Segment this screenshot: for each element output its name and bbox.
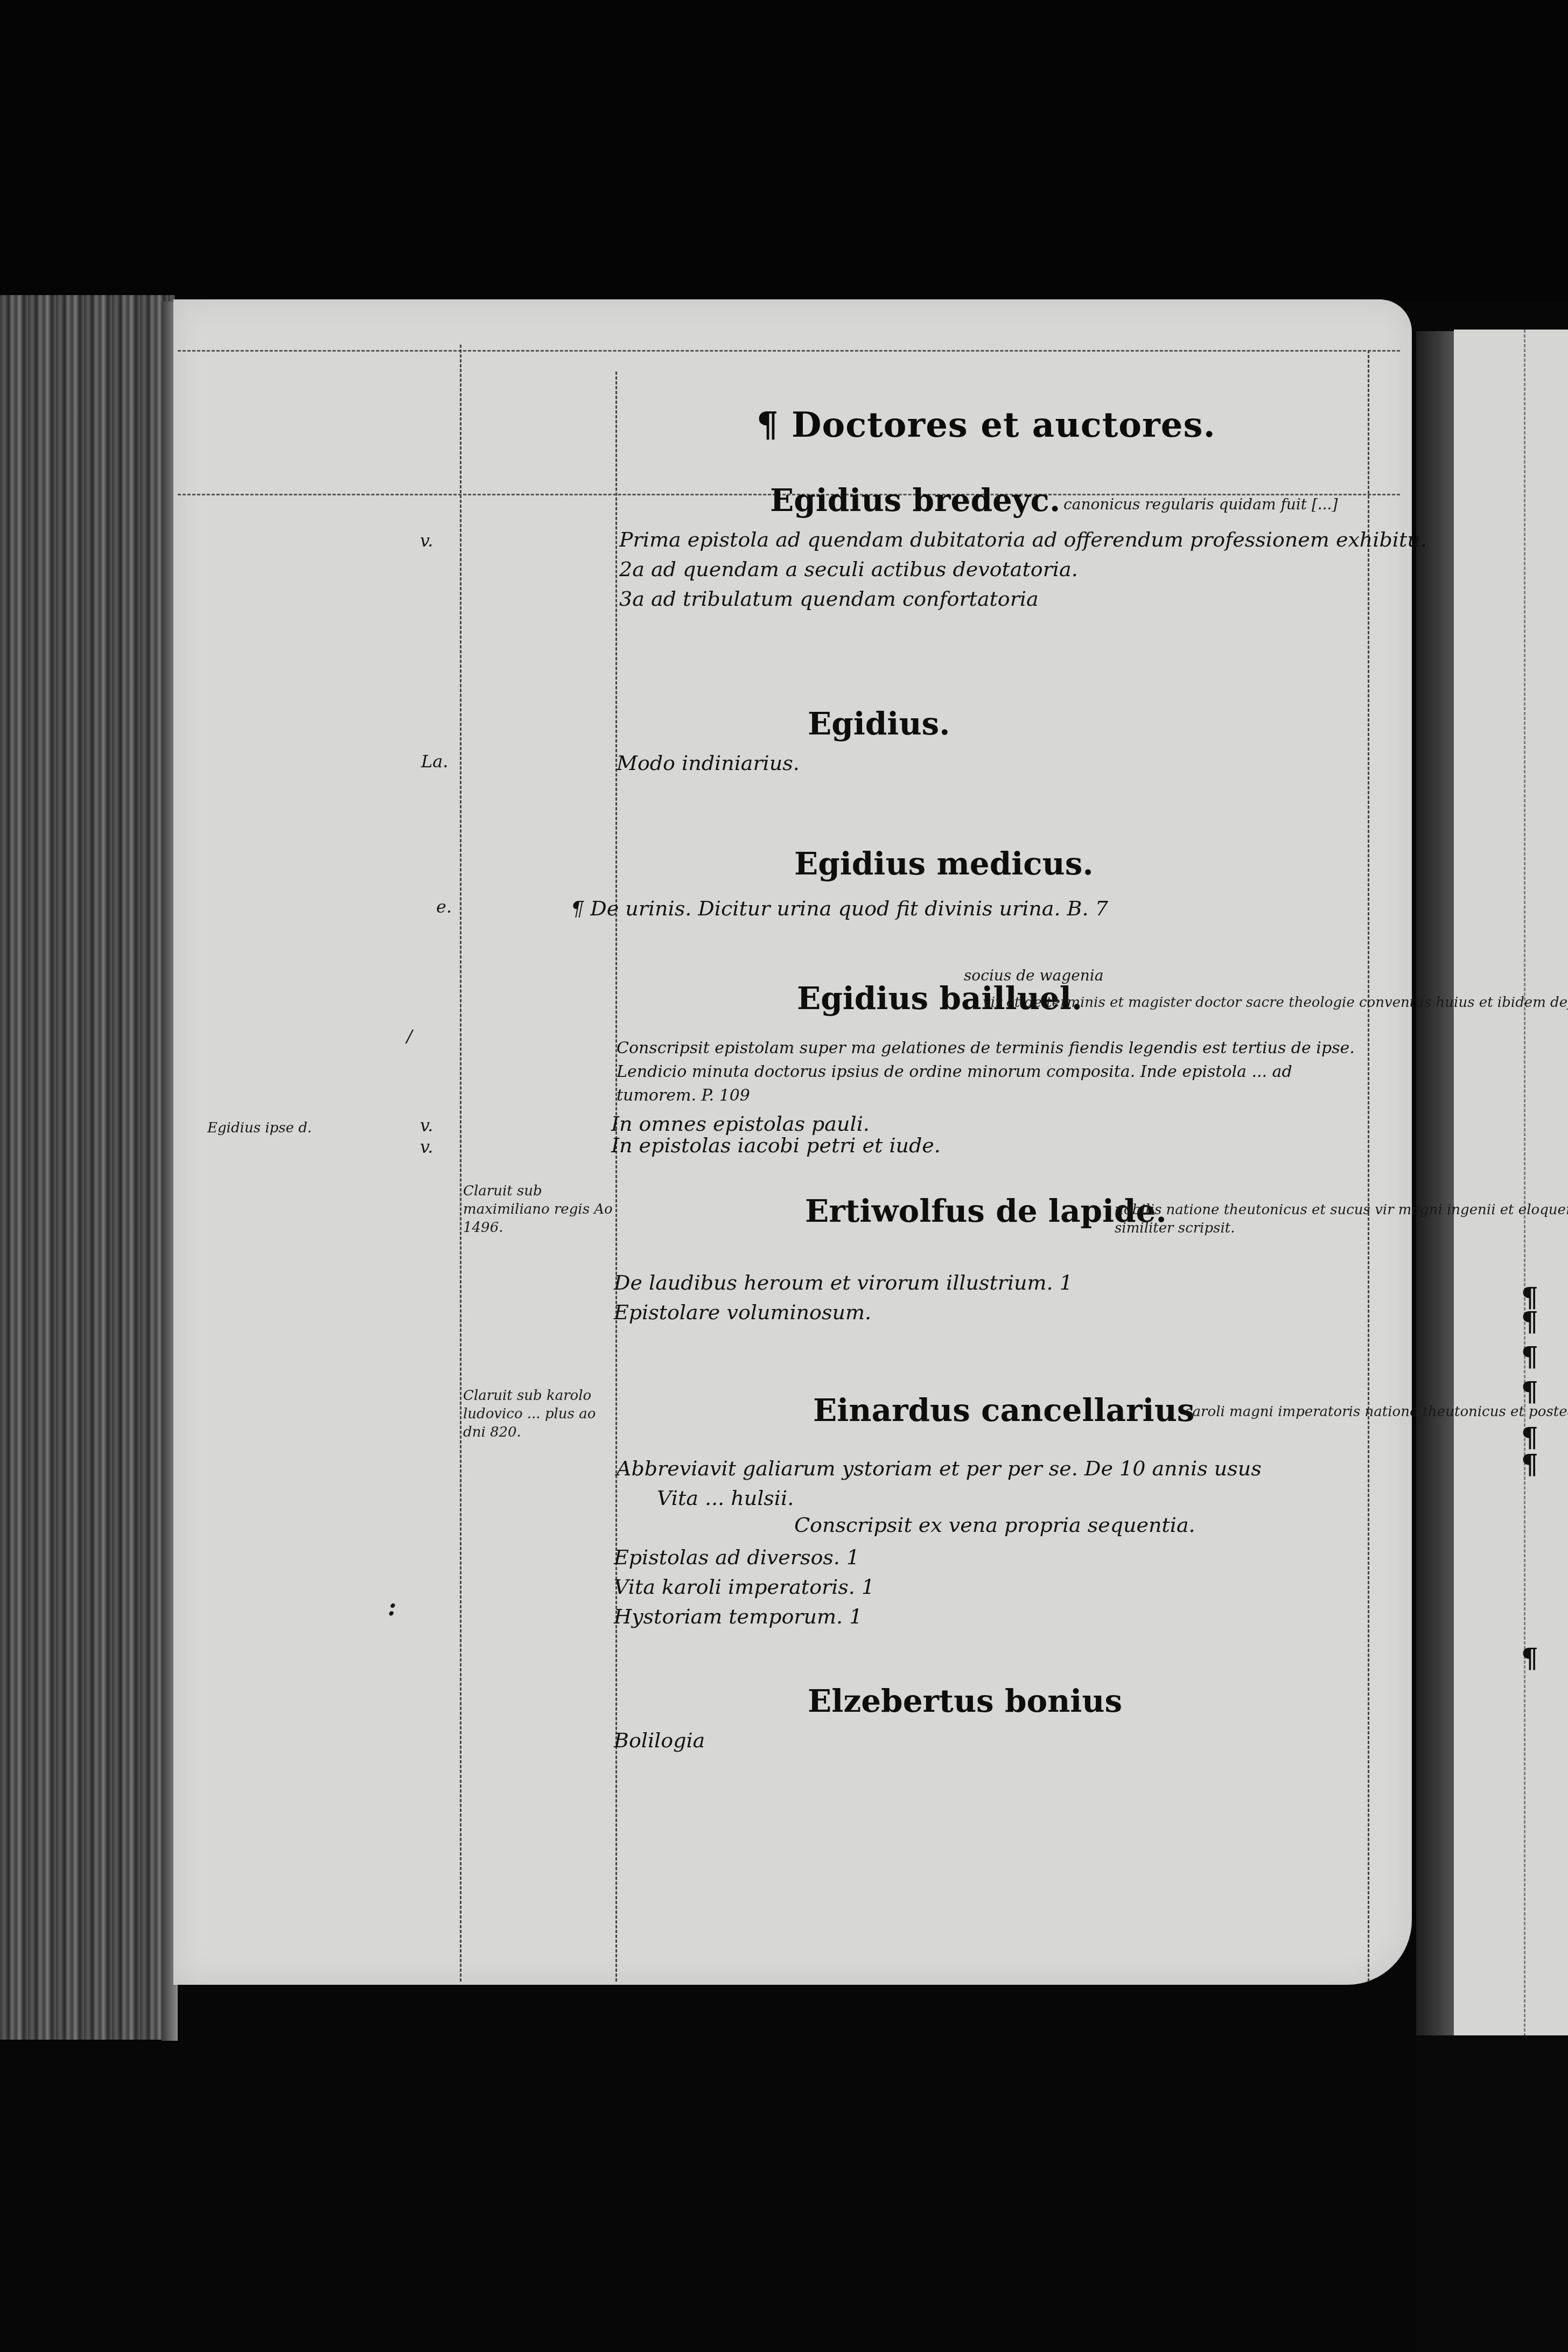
margin-siglum: La. [421, 751, 449, 772]
work-line: Conscripsit epistolam super ma gelatione… [617, 1037, 1365, 1108]
work-line: Epistolas ad diversos. 1 [614, 1545, 859, 1569]
photo-top-background [0, 0, 1568, 302]
margin-ruling-right [1368, 350, 1369, 1982]
author-note-text: vir et de terminis et magister doctor sa… [983, 995, 1568, 1011]
work-line: ¶ De urinis. Dicitur urina quod fit divi… [571, 897, 1108, 920]
facing-page-mark: ¶ [1521, 1376, 1538, 1408]
author-heading: Egidius bredeyc. [770, 482, 1060, 519]
margin-ruling-left [460, 345, 461, 1982]
author-note: vir et de terminis et magister doctor sa… [638, 993, 1568, 1012]
work-line: Modo indiniarius. [617, 751, 800, 775]
work-line: In omnes epistolas pauli. [611, 1112, 870, 1136]
facing-page-mark: ¶ [1521, 1642, 1538, 1674]
margin-note-left: Claruit sub maximiliano regis Ao 1496. [463, 1182, 619, 1237]
author-note: canonicus regularis quidam fuit [...] [1063, 495, 1338, 513]
margin-siglum: v. v. [420, 1115, 442, 1158]
top-ruling-line [178, 350, 1400, 352]
author-note: nobilis natione theutonicus et sucus vir… [700, 1201, 1568, 1237]
gutter-shadow [1416, 331, 1455, 2038]
facing-leaf-ruling [1524, 330, 1527, 2036]
work-line: Conscripsit ex vena propria sequentia. [794, 1513, 1195, 1537]
work-line: Prima epistola ad quendam dubitatoria ad… [619, 528, 1427, 551]
author-note: caroli magni imperatoris natione theuton… [700, 1403, 1568, 1421]
author-heading: Egidius. [808, 705, 950, 742]
photo-bottom-right [1416, 2035, 1568, 2352]
margin-siglum: v. [420, 530, 433, 551]
work-line: 2a ad quendam a seculi actibus devotator… [619, 557, 1078, 581]
work-line: Epistolare voluminosum. [614, 1300, 871, 1324]
work-line: Vita ... hulsii. [657, 1486, 794, 1510]
margin-note-left: Claruit sub karolo ludovico ... plus ao … [463, 1387, 619, 1441]
facing-leaf [1454, 330, 1568, 2036]
margin-note-left: Egidius ipse d. [207, 1120, 312, 1136]
facing-page-mark: ¶ [1521, 1341, 1538, 1373]
margin-dots: : [388, 1594, 396, 1621]
margin-siglum: e. [436, 897, 452, 917]
facing-page-mark: ¶ [1521, 1448, 1538, 1480]
work-line: De laudibus heroum et virorum illustrium… [614, 1271, 1073, 1294]
author-heading: Egidius medicus. [794, 845, 1094, 882]
text-block-edge [0, 295, 175, 2040]
margin-mark: / [407, 1026, 412, 1046]
work-line: Vita karoli imperatoris. 1 [614, 1575, 874, 1599]
facing-page-mark: ¶ [1521, 1306, 1538, 1338]
work-line: Bolilogia [614, 1728, 705, 1752]
page-heading: ¶ Doctores et auctores. [757, 405, 1216, 445]
work-line: Hystoriam temporum. 1 [614, 1605, 862, 1628]
author-name: Egidius bredeyc. [770, 482, 1060, 519]
work-line: Abbreviavit galiarum ystoriam et per per… [617, 1457, 1262, 1480]
author-heading: Elzebertus bonius [808, 1683, 1122, 1719]
work-line: 3a ad tribulatum quendam confortatoria [619, 587, 1039, 611]
work-line: In epistolas iacobi petri et iude. [611, 1133, 941, 1157]
